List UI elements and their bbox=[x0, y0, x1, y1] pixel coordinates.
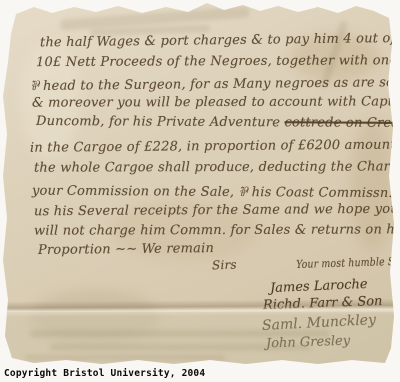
letter-line-3: ⅌ head to the Surgeon, for as Many negro… bbox=[30, 72, 400, 94]
signature-james-laroche: James Laroche bbox=[270, 277, 368, 296]
letter-line-6: in the Cargoe of £228, in proportion of … bbox=[30, 137, 400, 155]
letter-line-1: the half Wages & port charges & to pay h… bbox=[40, 31, 400, 51]
letter-line-8: your Commission on the Sale, ⅌ his Coast… bbox=[32, 181, 400, 202]
letter-line-4: & moreover you will be pleased to accoun… bbox=[32, 94, 400, 110]
closing-phrase: Your most humble Servts. bbox=[296, 254, 400, 271]
copyright-caption: Copyright Bristol University, 2004 bbox=[0, 368, 205, 379]
letter-paper: the half Wages & port charges & to pay h… bbox=[0, 0, 400, 368]
closing-salutation: Sirs bbox=[212, 258, 237, 273]
caption-strip: Copyright Bristol University, 2004 bbox=[0, 364, 400, 382]
letter-line-2: 10£ Nett Proceeds of the Negroes, togeth… bbox=[36, 53, 400, 70]
ghost-writing bbox=[60, 6, 250, 30]
letter-line-7: the whole Cargoe shall produce, deductin… bbox=[34, 159, 400, 175]
letter-line-9: us his Several receipts for the Same and… bbox=[34, 202, 399, 220]
scanned-letter-image: the half Wages & port charges & to pay h… bbox=[0, 0, 400, 382]
letter-line-10: will not charge him Commn. for Sales & r… bbox=[34, 222, 400, 238]
letter-line-5-text: Duncomb, for his Private Adventure bbox=[36, 114, 285, 130]
crossed-out-words: cottrede on Credence bbox=[284, 115, 400, 131]
letter-line-5: Duncomb, for his Private Adventure cottr… bbox=[36, 114, 400, 131]
letter-line-11: Proportion ~~ We remain bbox=[38, 241, 214, 258]
fold-shadow bbox=[0, 312, 400, 364]
